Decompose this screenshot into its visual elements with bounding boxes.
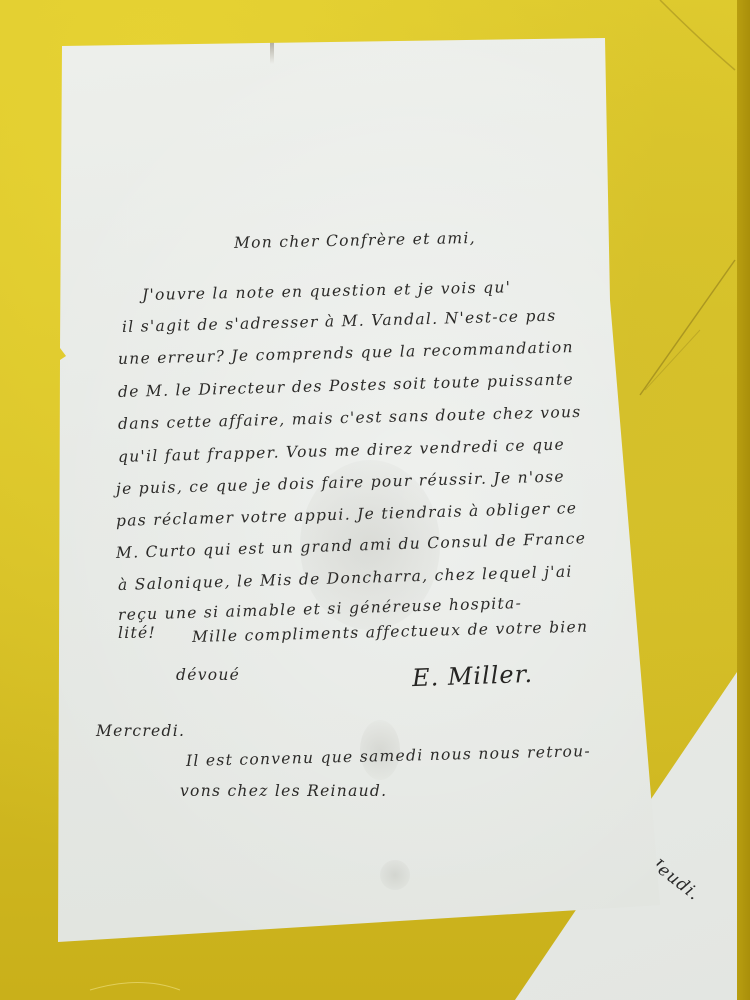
letter-closing-line: dévoué [176,666,240,684]
letter-body-line: J'ouvre la note en question et je vois q… [142,278,512,304]
letter-salutation: Mon cher Confrère et ami, [234,229,476,252]
background-edge-strip [737,0,750,1000]
letter-body-line: il s'agit de s'adresser à M. Vandal. N'e… [122,307,557,336]
letter-body-line: dans cette affaire, mais c'est sans dout… [118,403,582,433]
signature: E. Miller. [412,660,534,692]
letter-closing-line: Mille compliments affectueux de votre bi… [192,618,589,646]
letter-body-line: lité! [118,624,156,642]
postscript-day: Mercredi. [96,722,185,740]
letter-body-line: qu'il faut frapper. Vous me direz vendre… [118,436,566,466]
postscript-line: vons chez les Reinaud. [180,782,387,800]
fold-mark [270,40,274,64]
letter-body-line: une erreur? Je comprends que la recomman… [118,338,574,368]
letter-body-line: de M. le Directeur des Postes soit toute… [118,370,575,401]
paper-stain [380,860,410,890]
